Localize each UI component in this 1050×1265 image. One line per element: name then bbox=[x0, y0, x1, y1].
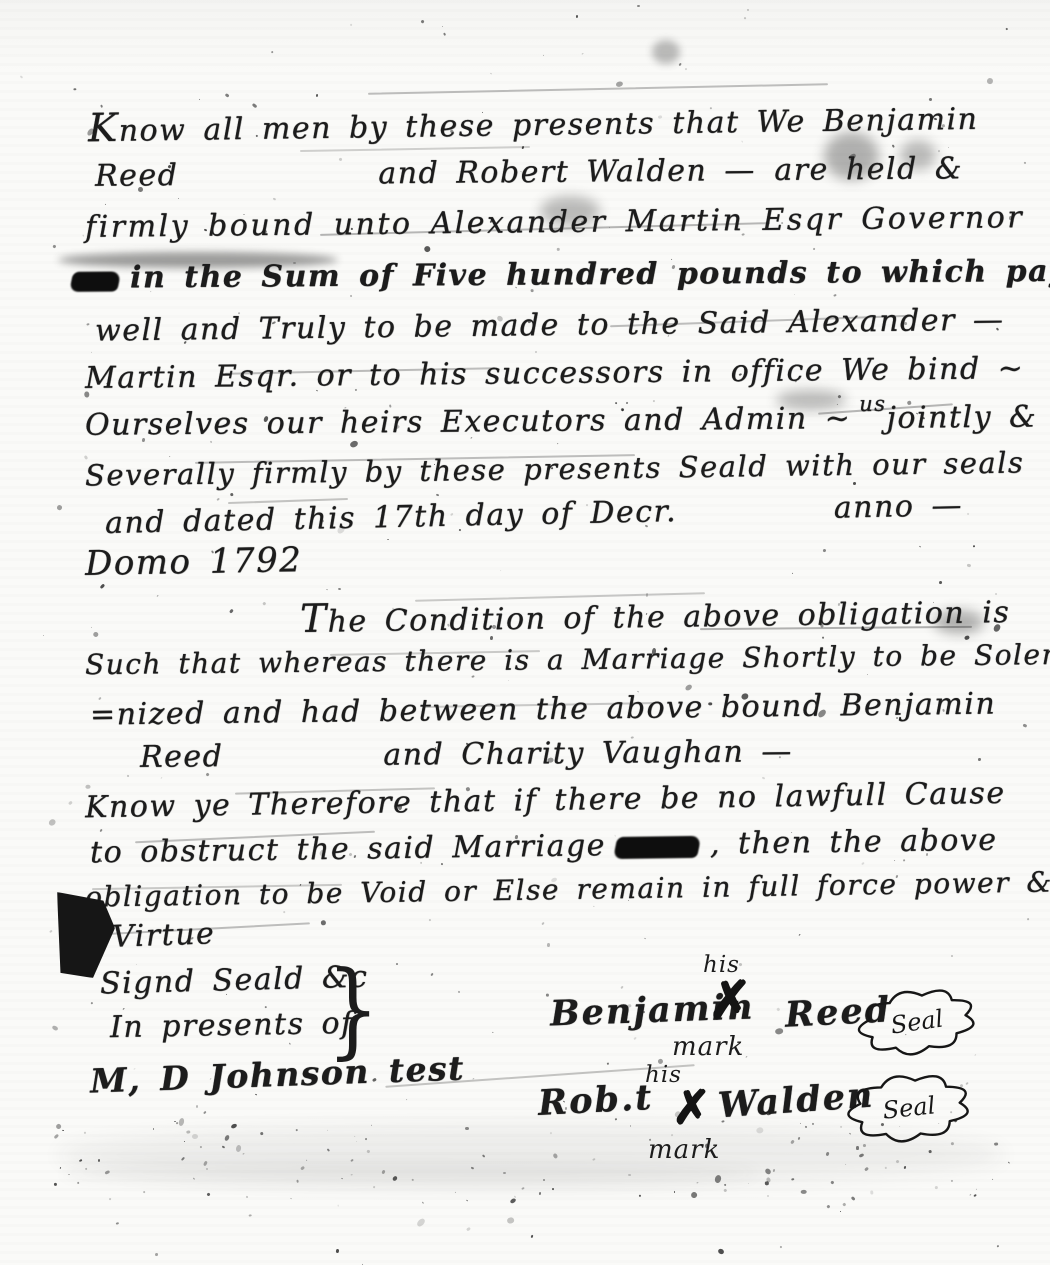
dust-speck bbox=[206, 1168, 208, 1170]
dust-speck bbox=[160, 776, 162, 778]
dust-speck bbox=[270, 50, 273, 53]
dust-speck bbox=[98, 1159, 100, 1162]
dust-speck bbox=[249, 1214, 252, 1217]
dust-speck bbox=[630, 1125, 631, 1127]
dust-speck bbox=[798, 934, 800, 936]
dust-speck bbox=[178, 1117, 185, 1126]
dust-speck bbox=[381, 1169, 385, 1174]
dust-speck bbox=[472, 1078, 474, 1080]
dust-speck bbox=[349, 440, 359, 449]
therefore-line: Know ye Therefore that if there be no la… bbox=[85, 776, 1006, 825]
dust-speck bbox=[896, 1160, 900, 1164]
dust-speck bbox=[127, 775, 130, 778]
dust-speck bbox=[471, 1167, 474, 1170]
dust-speck bbox=[282, 911, 285, 914]
dust-speck bbox=[68, 800, 73, 805]
dust-speck bbox=[350, 1158, 354, 1161]
bondsman-name-text: and Robert Walden — bbox=[378, 153, 756, 191]
dust-speck bbox=[91, 626, 92, 627]
dust-speck bbox=[774, 1028, 783, 1035]
dust-speck bbox=[892, 145, 895, 148]
dust-speck bbox=[992, 1179, 993, 1181]
dust-speck bbox=[830, 1181, 834, 1185]
dust-speck bbox=[83, 1131, 86, 1134]
dust-speck bbox=[457, 991, 460, 994]
dust-speck bbox=[43, 634, 44, 635]
dust-speck bbox=[441, 26, 443, 28]
void-line: obligation to be Void or Else remain in … bbox=[85, 865, 1050, 913]
dust-speck bbox=[1023, 723, 1027, 727]
dust-speck bbox=[678, 63, 682, 67]
dust-speck bbox=[826, 1204, 830, 1208]
dust-speck bbox=[412, 1179, 414, 1181]
dust-speck bbox=[521, 1187, 525, 1190]
dust-speck bbox=[790, 1139, 795, 1144]
handwritten-text: to obstruct the said Marriage bbox=[90, 828, 606, 870]
dust-speck bbox=[99, 828, 103, 832]
dust-speck bbox=[156, 595, 158, 597]
dust-speck bbox=[351, 1174, 353, 1175]
dust-speck bbox=[424, 246, 431, 253]
dust-speck bbox=[553, 1153, 559, 1159]
dust-speck bbox=[176, 1122, 179, 1125]
dust-speck bbox=[371, 1125, 372, 1127]
dust-speck bbox=[396, 963, 398, 966]
dust-speck bbox=[764, 1181, 768, 1185]
dust-speck bbox=[57, 504, 63, 511]
handwritten-text: firmly bound unto Alexander Martin Esqr … bbox=[85, 200, 1024, 245]
anno-text: anno — bbox=[833, 488, 963, 526]
superscript-us: us bbox=[859, 392, 887, 416]
dust-speck bbox=[387, 539, 389, 541]
obligee-line: firmly bound unto Alexander Martin Esqr … bbox=[85, 200, 1024, 245]
dust-speck bbox=[825, 1152, 829, 1157]
dust-speck bbox=[977, 757, 980, 760]
dust-speck bbox=[620, 985, 624, 989]
dust-speck bbox=[200, 1145, 203, 1148]
dust-speck bbox=[634, 1037, 638, 1041]
dust-speck bbox=[490, 72, 492, 74]
dust-speck bbox=[697, 1182, 699, 1184]
seal-text: Seal bbox=[889, 1004, 945, 1039]
dust-speck bbox=[143, 1191, 146, 1194]
dust-speck bbox=[204, 1161, 209, 1167]
handwritten-text: Ourselves our heirs Executors and Admin … bbox=[85, 401, 852, 443]
dust-speck bbox=[372, 1186, 375, 1189]
dust-speck bbox=[105, 203, 106, 204]
dust-speck bbox=[644, 938, 647, 940]
dust-speck bbox=[455, 1192, 456, 1193]
scan-smudge bbox=[652, 40, 680, 64]
dust-speck bbox=[92, 631, 100, 639]
dust-speck bbox=[801, 1189, 807, 1193]
dust-speck bbox=[503, 1172, 506, 1174]
dust-speck bbox=[780, 1246, 783, 1249]
dust-speck bbox=[273, 197, 276, 199]
dust-speck bbox=[465, 1199, 467, 1201]
dust-speck bbox=[136, 963, 137, 964]
dust-speck bbox=[193, 1177, 195, 1179]
handwritten-text: Virtue bbox=[111, 916, 215, 955]
dust-speck bbox=[364, 1138, 366, 1141]
dust-speck bbox=[436, 494, 440, 497]
dust-speck bbox=[203, 1111, 206, 1114]
witness-signature: M, D Johnson test bbox=[89, 1048, 465, 1100]
dust-speck bbox=[353, 1136, 355, 1138]
handwritten-text: Know ye Therefore that if there be no la… bbox=[85, 776, 1006, 825]
virtue-line: Virtue bbox=[111, 916, 215, 955]
dust-speck bbox=[885, 1166, 887, 1169]
x-mark-robert: ✗ bbox=[672, 1080, 711, 1134]
dust-speck bbox=[192, 1134, 198, 1139]
dust-speck bbox=[85, 1167, 88, 1170]
dust-speck bbox=[723, 1189, 727, 1193]
scratched-out-word bbox=[69, 271, 121, 291]
dust-speck bbox=[53, 245, 57, 249]
dust-speck bbox=[864, 1166, 869, 1171]
dust-speck bbox=[91, 351, 92, 352]
sealed-line: Severally firmly by these presents Seald… bbox=[85, 445, 1025, 492]
date-line: and dated this 17th day of Decr. anno — bbox=[105, 488, 964, 541]
mark-label-benjamin: mark bbox=[672, 1032, 744, 1062]
held-text: are held & bbox=[774, 151, 963, 188]
dust-speck bbox=[903, 859, 906, 861]
dust-speck bbox=[935, 1186, 938, 1189]
dust-speck bbox=[327, 1148, 330, 1151]
mark-label-robert: mark bbox=[648, 1135, 720, 1165]
dust-speck bbox=[349, 23, 352, 26]
dust-speck bbox=[837, 394, 841, 398]
dust-speck bbox=[341, 1178, 343, 1180]
handwritten-text: Know all men by these presents that We B… bbox=[88, 102, 979, 149]
dust-speck bbox=[349, 294, 352, 297]
dust-speck bbox=[338, 588, 341, 591]
dust-speck bbox=[756, 1127, 764, 1134]
dust-speck bbox=[593, 906, 595, 908]
dust-speck bbox=[822, 637, 824, 640]
dust-speck bbox=[833, 294, 836, 297]
dust-speck bbox=[260, 1132, 264, 1136]
handwritten-text: , then the above bbox=[710, 823, 998, 862]
dust-speck bbox=[100, 584, 106, 590]
dust-speck bbox=[530, 1234, 533, 1238]
dust-speck bbox=[296, 1179, 299, 1182]
handwritten-text: Such that whereas there is a Marriage Sh… bbox=[85, 638, 1050, 681]
dust-speck bbox=[939, 580, 942, 584]
handwritten-text: Severally firmly by these presents Seald… bbox=[85, 445, 1025, 492]
dust-speck bbox=[507, 1217, 514, 1224]
dust-speck bbox=[320, 920, 325, 925]
bride-name-text: and Charity Vaughan — bbox=[383, 734, 793, 773]
dust-speck bbox=[174, 1121, 176, 1122]
groom-name-text: Reed bbox=[140, 739, 224, 775]
dust-speck bbox=[222, 1145, 225, 1148]
dust-speck bbox=[74, 88, 77, 90]
dust-speck bbox=[225, 93, 231, 98]
dust-speck bbox=[68, 1174, 70, 1175]
dust-speck bbox=[62, 1130, 65, 1132]
dust-speck bbox=[823, 548, 826, 551]
handwritten-text: obligation to be Void or Else remain in … bbox=[85, 865, 1050, 913]
dust-speck bbox=[492, 1032, 494, 1034]
dust-speck bbox=[521, 145, 524, 148]
dust-speck bbox=[54, 1133, 59, 1138]
dust-speck bbox=[800, 1123, 802, 1125]
dust-speck bbox=[714, 1174, 722, 1183]
seal-robert: Seal bbox=[846, 1068, 972, 1152]
dust-speck bbox=[723, 1183, 726, 1186]
dust-speck bbox=[154, 1253, 157, 1257]
dust-speck bbox=[216, 498, 220, 502]
dust-speck bbox=[306, 1160, 307, 1162]
handwritten-text: In presents of bbox=[110, 1006, 354, 1045]
dust-speck bbox=[653, 399, 656, 402]
dust-speck bbox=[748, 1183, 749, 1184]
dust-speck bbox=[867, 674, 868, 675]
dust-speck bbox=[60, 1167, 62, 1169]
dust-speck bbox=[1023, 161, 1026, 164]
dust-speck bbox=[967, 513, 970, 516]
dust-speck bbox=[797, 1137, 800, 1141]
dust-speck bbox=[466, 1227, 471, 1231]
dust-speck bbox=[230, 493, 234, 497]
x-mark-benjamin: ✗ bbox=[708, 970, 752, 1031]
dust-speck bbox=[539, 1192, 542, 1195]
dust-speck bbox=[685, 68, 688, 71]
dust-speck bbox=[967, 563, 972, 567]
dust-speck bbox=[804, 1126, 807, 1129]
dust-speck bbox=[421, 1201, 423, 1203]
dust-speck bbox=[851, 1196, 856, 1201]
bond-opening-line: Know all men by these presents that We B… bbox=[88, 94, 979, 151]
dust-speck bbox=[392, 1175, 398, 1181]
year-line: Domo 1792 bbox=[85, 540, 303, 584]
dust-speck bbox=[628, 1174, 631, 1177]
dust-speck bbox=[51, 1025, 58, 1032]
dust-speck bbox=[406, 1099, 407, 1100]
dust-speck bbox=[184, 1141, 185, 1142]
dust-speck bbox=[198, 99, 199, 100]
dust-speck bbox=[859, 1153, 865, 1158]
dust-speck bbox=[777, 1007, 781, 1011]
dust-speck bbox=[791, 1178, 794, 1180]
dust-speck bbox=[20, 76, 23, 79]
condition-line-2: =nized and had between the above bound B… bbox=[90, 686, 997, 732]
dust-speck bbox=[547, 942, 550, 946]
dust-speck bbox=[186, 1130, 190, 1134]
dust-speck bbox=[690, 1191, 698, 1199]
penal-sum-line: in the Sum of Five hundred pounds to whi… bbox=[72, 253, 1050, 296]
dust-speck bbox=[986, 77, 994, 85]
dust-speck bbox=[811, 1123, 814, 1126]
mark-text: mark bbox=[672, 1032, 744, 1062]
dust-speck bbox=[615, 81, 623, 88]
obstruct-line: to obstruct the said Marriage , then the… bbox=[90, 823, 998, 871]
dust-speck bbox=[543, 55, 544, 56]
dust-speck bbox=[177, 198, 178, 199]
dust-speck bbox=[557, 443, 559, 444]
dust-speck bbox=[637, 5, 640, 7]
dust-speck bbox=[948, 147, 949, 148]
dust-speck bbox=[337, 1204, 339, 1206]
dust-speck bbox=[745, 1056, 747, 1058]
dust-speck bbox=[325, 589, 327, 591]
dust-speck bbox=[791, 573, 793, 575]
dust-speck bbox=[550, 1131, 552, 1134]
dust-speck bbox=[861, 862, 864, 865]
dust-speck bbox=[766, 1177, 771, 1183]
dust-speck bbox=[513, 1196, 515, 1198]
dust-speck bbox=[105, 1170, 110, 1175]
dust-speck bbox=[356, 1141, 358, 1143]
year-text: Domo 1792 bbox=[85, 540, 303, 584]
seal-drawing: Seal bbox=[846, 1068, 972, 1148]
groom-name-text: Reed bbox=[95, 158, 179, 194]
dust-speck bbox=[289, 1043, 291, 1045]
dust-speck bbox=[852, 482, 855, 485]
dust-speck bbox=[812, 247, 815, 250]
dust-speck bbox=[844, 1164, 846, 1166]
dust-speck bbox=[919, 546, 921, 548]
dust-speck bbox=[951, 1180, 954, 1183]
dust-speck bbox=[366, 1150, 370, 1154]
dust-speck bbox=[55, 1123, 62, 1130]
payment-line: well and Truly to be made to the Said Al… bbox=[95, 302, 1005, 348]
dust-speck bbox=[541, 922, 544, 926]
principals-line: Reed and Robert Walden — are held & bbox=[95, 151, 963, 194]
dust-speck bbox=[1026, 918, 1029, 921]
x-glyph: ✗ bbox=[708, 970, 752, 1031]
dust-speck bbox=[510, 1198, 517, 1205]
dust-speck bbox=[327, 1129, 328, 1131]
handwritten-text: well and Truly to be made to the Said Al… bbox=[95, 302, 1005, 348]
dust-speck bbox=[638, 1195, 641, 1198]
dust-speck bbox=[115, 1223, 119, 1226]
dust-speck bbox=[76, 1181, 79, 1184]
dust-speck bbox=[465, 1127, 469, 1131]
dust-speck bbox=[744, 17, 747, 20]
dust-speck bbox=[49, 929, 52, 932]
dust-speck bbox=[951, 955, 953, 957]
bride-line: Reed and Charity Vaughan — bbox=[140, 734, 793, 775]
signature-robert-name: Rob.t bbox=[537, 1077, 654, 1124]
dust-speck bbox=[243, 1153, 245, 1155]
handwritten-text: =nized and had between the above bound B… bbox=[90, 686, 997, 732]
successors-line: Martin Esqr. or to his successors in off… bbox=[85, 351, 1025, 396]
dust-speck bbox=[429, 919, 432, 922]
dust-speck bbox=[840, 1211, 841, 1212]
dust-speck bbox=[607, 1062, 609, 1065]
dust-speck bbox=[870, 1190, 873, 1194]
dust-speck bbox=[996, 1245, 998, 1247]
dust-speck bbox=[973, 1194, 977, 1197]
dust-speck bbox=[420, 20, 424, 24]
dust-speck bbox=[415, 1218, 425, 1229]
dust-speck bbox=[246, 1196, 249, 1199]
dust-speck bbox=[430, 973, 433, 977]
dust-speck bbox=[181, 1157, 185, 1161]
dust-speck bbox=[80, 1159, 83, 1162]
dust-speck bbox=[772, 1169, 775, 1172]
attestation-line-2: In presents of bbox=[110, 1006, 354, 1045]
dust-speck bbox=[230, 1123, 237, 1129]
dust-speck bbox=[840, 1126, 842, 1129]
seal-text: Seal bbox=[881, 1091, 936, 1124]
dust-speck bbox=[300, 1166, 305, 1171]
condition-line-1: Such that whereas there is a Marriage Sh… bbox=[85, 638, 1050, 681]
dust-speck bbox=[224, 1134, 230, 1141]
dust-speck bbox=[717, 1247, 725, 1254]
handwritten-text: Martin Esqr. or to his successors in off… bbox=[85, 351, 1025, 396]
dust-speck bbox=[290, 1197, 292, 1199]
dust-speck bbox=[296, 1129, 298, 1131]
condition-heading-line: The Condition of the above obligation is bbox=[300, 587, 1011, 642]
dust-speck bbox=[535, 351, 537, 353]
inked-out-word bbox=[613, 836, 701, 859]
dust-speck bbox=[90, 1002, 92, 1004]
dust-speck bbox=[894, 859, 896, 861]
signature-text: Rob.t bbox=[537, 1077, 654, 1124]
dust-speck bbox=[767, 1195, 769, 1197]
handwritten-text: jointly & bbox=[886, 399, 1037, 435]
dust-speck bbox=[972, 545, 974, 547]
dust-speck bbox=[508, 680, 509, 681]
dust-speck bbox=[153, 1128, 155, 1130]
dust-speck bbox=[976, 1189, 977, 1190]
dust-speck bbox=[576, 15, 578, 18]
pen-stroke bbox=[368, 83, 828, 95]
dust-speck bbox=[443, 33, 446, 37]
dust-speck bbox=[206, 1193, 210, 1197]
dust-speck bbox=[794, 294, 796, 295]
dust-speck bbox=[86, 323, 89, 326]
dust-speck bbox=[235, 1144, 242, 1152]
seal-drawing: Seal bbox=[856, 985, 978, 1061]
dust-speck bbox=[552, 1188, 554, 1190]
dust-speck bbox=[674, 1191, 675, 1193]
seal-benjamin: Seal bbox=[856, 985, 978, 1065]
dust-speck bbox=[85, 785, 90, 789]
dust-speck bbox=[196, 1105, 198, 1108]
handwritten-text: The Condition of the above obligation is bbox=[300, 595, 1011, 640]
dust-speck bbox=[994, 1142, 998, 1145]
date-text: and dated this 17th day of Decr. bbox=[105, 494, 678, 541]
dust-speck bbox=[263, 601, 267, 605]
dust-speck bbox=[316, 94, 319, 97]
dust-speck bbox=[48, 818, 58, 827]
dust-speck bbox=[229, 609, 233, 614]
dust-speck bbox=[336, 1249, 339, 1253]
dust-speck bbox=[747, 9, 750, 11]
mark-text: mark bbox=[648, 1135, 720, 1165]
dust-speck bbox=[482, 1154, 486, 1158]
dust-speck bbox=[970, 1193, 972, 1195]
dust-speck bbox=[557, 248, 560, 251]
dust-speck bbox=[543, 1179, 545, 1181]
document-scan: Know all men by these presents that We B… bbox=[0, 0, 1050, 1265]
handwritten-text: in the Sum of Five hundred pounds to whi… bbox=[130, 253, 1050, 295]
x-glyph: ✗ bbox=[672, 1080, 711, 1134]
dust-speck bbox=[1008, 1162, 1010, 1164]
heirs-line: Ourselves our heirs Executors and Admin … bbox=[85, 400, 957, 443]
witness-name-text: M, D Johnson test bbox=[89, 1048, 465, 1100]
dust-speck bbox=[904, 1166, 907, 1169]
dust-speck bbox=[54, 1183, 57, 1186]
dust-speck bbox=[842, 1202, 846, 1206]
dust-speck bbox=[764, 1167, 772, 1175]
dust-speck bbox=[582, 53, 584, 55]
dust-speck bbox=[592, 1157, 595, 1160]
